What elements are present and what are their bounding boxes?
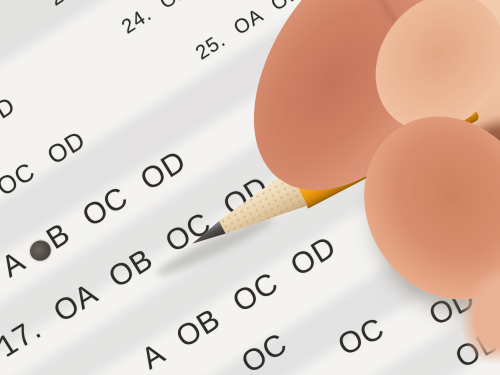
sheet-row-ocod-fragment: OC OD [0,126,91,203]
sheet-row-od-fragment: OD [0,92,21,136]
answered-row-prefix: A [0,245,31,284]
sheet-row-partial-23: 23. [46,0,84,11]
answer-sheet-photo: 23. 24. OA OB 25. OA OB OC OD OC OD AB O… [0,0,500,375]
sheet-fragment-oc-bottom: OC [236,327,294,375]
sheet-fragment-oc-right: OC [333,312,390,364]
